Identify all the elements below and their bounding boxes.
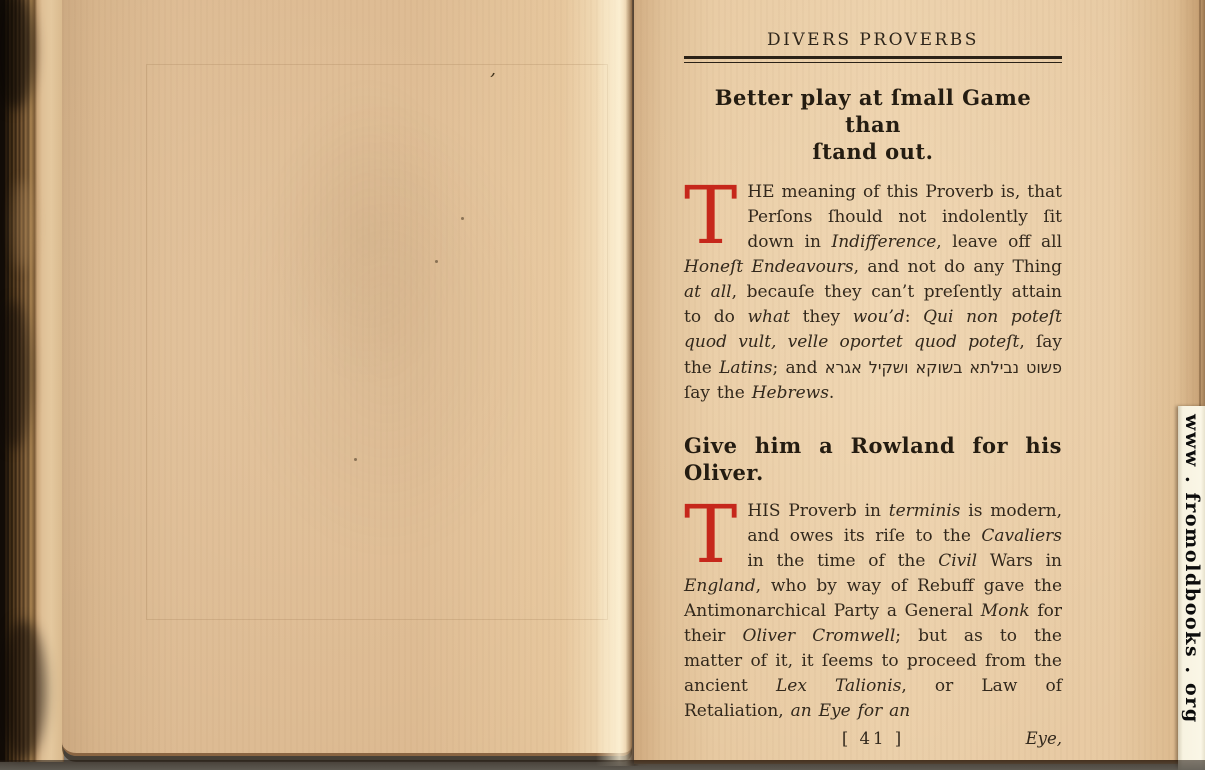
dropcap-initial: T [684,504,737,574]
scan-bottom-shadow [0,760,1205,770]
book-scan: ’ DIVERS PROVERBS Better play at ſmall G… [0,0,1205,770]
watermark-text: www . fromoldbooks . org [1181,414,1203,724]
proverb1-title: Better play at ſmall Game than ſtand out… [684,84,1062,165]
engraving-show-through [146,64,608,620]
proverb2-paragraph: THIS Proverb in terminis is modern, and … [684,499,1062,724]
paper-speck [461,217,464,220]
spine-highlight-blob [14,180,32,270]
header-double-rule [684,56,1062,63]
dropcap-initial: T [684,185,737,255]
proverb1-title-line2: ſtand out. [684,138,1062,165]
right-page: DIVERS PROVERBS Better play at ſmall Gam… [634,0,1205,764]
paper-speck [354,458,357,461]
proverb1-paragraph: THE meaning of this Proverb is, that Per… [684,180,1062,406]
spine-shadow-blob [0,620,46,760]
proverb2-title: Give him a Rowland for his Oliver. [684,432,1062,486]
spine-shadow-blob [0,300,30,450]
text-column: DIVERS PROVERBS Better play at ſmall Gam… [684,30,1062,754]
page-number: [ 41 ] [684,729,1062,748]
spine-shadow-blob [0,0,34,110]
catchword: Eye, [1026,729,1062,748]
running-header: DIVERS PROVERBS [684,30,1062,50]
proverb2-body-text: HIS Proverb in terminis is modern, and o… [684,501,1062,721]
book-spine-page-edges [0,0,64,762]
proverb1-body-text: HE meaning of this Proverb is, that Perſ… [684,182,1062,403]
proverb1-title-line1: Better play at ſmall Game than [684,84,1062,138]
watermark-strip: www . fromoldbooks . org [1178,406,1205,770]
left-page: ’ [62,0,632,756]
page-footer: [ 41 ] Eye, [684,729,1062,754]
paper-speck [435,260,438,263]
